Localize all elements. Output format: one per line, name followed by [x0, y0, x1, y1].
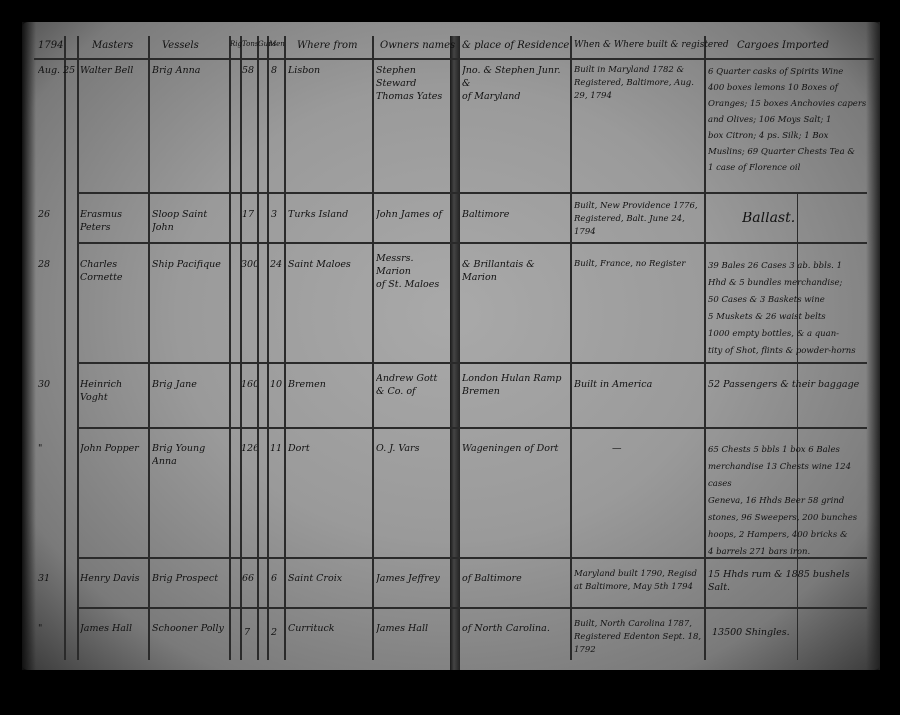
row-vessel: Ship Pacifique: [152, 258, 228, 271]
column-rule: [257, 36, 259, 660]
header-rig: Rig: [230, 40, 242, 48]
row-vessel: Schooner Polly: [152, 622, 228, 635]
header-tons: Tons: [242, 40, 258, 48]
row-date: ": [38, 622, 76, 635]
row-tons: 17: [242, 208, 257, 221]
column-rule: [77, 36, 79, 660]
row-residence: of North Carolina.: [462, 622, 568, 635]
column-rule: [372, 36, 374, 660]
header-masters: Masters: [92, 40, 133, 51]
row-men: 3: [271, 208, 284, 221]
header-where-from: Where from: [297, 40, 358, 51]
row-tons: 7: [244, 626, 257, 639]
column-rule: [704, 36, 706, 660]
row-master: John Popper: [80, 442, 146, 455]
header-vessels: Vessels: [162, 40, 199, 51]
row-master: Heinrich Voght: [80, 378, 146, 404]
row-vessel: Brig Jane: [152, 378, 228, 391]
row-built: Built in America: [574, 378, 702, 391]
row-date: 26: [38, 208, 76, 221]
header-residence: & place of Residence: [462, 40, 569, 51]
row-date: ": [38, 442, 76, 455]
row-owners: Messrs. Marion of St. Maloes: [376, 252, 448, 291]
row-from: Saint Croix: [288, 572, 370, 585]
row-from: Currituck: [288, 622, 370, 635]
column-rule: [284, 36, 286, 660]
row-master: Erasmus Peters: [80, 208, 146, 234]
row-rule: [77, 362, 867, 364]
row-cargo: 6 Quarter casks of Spirits Wine 400 boxe…: [708, 64, 870, 176]
row-from: Lisbon: [288, 64, 370, 77]
header-rule: [34, 58, 874, 60]
header-built: When & Where built & registered: [574, 40, 729, 50]
row-tons: 160: [241, 378, 257, 391]
column-rule: [267, 36, 269, 660]
row-owners: Stephen Steward Thomas Yates: [376, 64, 448, 103]
row-built: Maryland built 1790, Regisd at Baltimore…: [574, 568, 702, 594]
row-tons: 58: [242, 64, 257, 77]
row-men: 8: [271, 64, 284, 77]
header-owners: Owners names: [380, 40, 455, 51]
row-date: Aug. 25: [38, 64, 76, 77]
row-date: 31: [38, 572, 76, 585]
column-rule: [240, 36, 242, 660]
row-cargo: Ballast.: [742, 212, 862, 225]
row-from: Saint Maloes: [288, 258, 370, 271]
column-rule: [570, 36, 572, 660]
row-rule: [77, 242, 867, 244]
row-cargo: 39 Bales 26 Cases 3 ab. bbls. 1 Hhd & 5 …: [708, 258, 870, 360]
row-owners: James Hall: [376, 622, 448, 635]
row-owners: O. J. Vars: [376, 442, 448, 455]
row-master: Charles Cornette: [80, 258, 146, 284]
book-gutter: [450, 36, 460, 670]
row-cargo: 13500 Shingles.: [712, 626, 862, 639]
header-year: 1794: [38, 40, 63, 51]
page-edge-shadow: [22, 22, 36, 670]
row-rule: [77, 607, 867, 609]
row-built: Built, North Carolina 1787, Registered E…: [574, 618, 702, 657]
row-men: 24: [270, 258, 284, 271]
row-date: 30: [38, 378, 76, 391]
row-vessel: Brig Young Anna: [152, 442, 228, 468]
row-men: 2: [271, 626, 284, 639]
row-tons: 300: [241, 258, 257, 271]
row-vessel: Brig Anna: [152, 64, 228, 77]
row-rule: [77, 192, 867, 194]
row-vessel: Sloop Saint John: [152, 208, 228, 234]
ledger-scan: 1794 Masters Vessels Rig Tons Guns Men W…: [22, 22, 880, 670]
row-tons: 66: [242, 572, 257, 585]
row-built: Built in Maryland 1782 & Registered, Bal…: [574, 64, 702, 103]
column-rule: [229, 36, 231, 660]
row-from: Dort: [288, 442, 370, 455]
row-from: Bremen: [288, 378, 370, 391]
row-men: 6: [271, 572, 284, 585]
row-owners: James Jeffrey: [376, 572, 448, 585]
row-residence: Jno. & Stephen Junr. & of Maryland: [462, 64, 568, 103]
column-rule: [64, 36, 66, 660]
row-men: 10: [270, 378, 284, 391]
row-residence: & Brillantais & Marion: [462, 258, 568, 284]
row-master: Walter Bell: [80, 64, 146, 77]
row-cargo: 15 Hhds rum & 1885 bushels Salt.: [708, 568, 870, 594]
row-from: Turks Island: [288, 208, 370, 221]
row-owners: John James of: [376, 208, 448, 221]
row-cargo: 65 Chests 5 bbls 1 box 6 Bales merchandi…: [708, 442, 870, 561]
column-rule: [148, 36, 150, 660]
row-vessel: Brig Prospect: [152, 572, 228, 585]
row-cargo: 52 Passengers & their baggage: [708, 378, 870, 391]
row-residence: Wageningen of Dort: [462, 442, 568, 455]
header-men: Men: [269, 40, 285, 48]
row-built: Built, France, no Register: [574, 258, 702, 271]
row-owners: Andrew Gott & Co. of: [376, 372, 448, 398]
row-master: Henry Davis: [80, 572, 146, 585]
row-residence: London Hulan Ramp Bremen: [462, 372, 568, 398]
row-built: Built, New Providence 1776, Registered, …: [574, 200, 702, 239]
row-tons: 126: [241, 442, 257, 455]
row-residence: of Baltimore: [462, 572, 568, 585]
row-date: 28: [38, 258, 76, 271]
row-master: James Hall: [80, 622, 146, 635]
row-built: —: [612, 442, 692, 455]
header-cargoes: Cargoes Imported: [737, 40, 829, 51]
row-rule: [77, 427, 867, 429]
row-men: 11: [270, 442, 284, 455]
row-residence: Baltimore: [462, 208, 568, 221]
